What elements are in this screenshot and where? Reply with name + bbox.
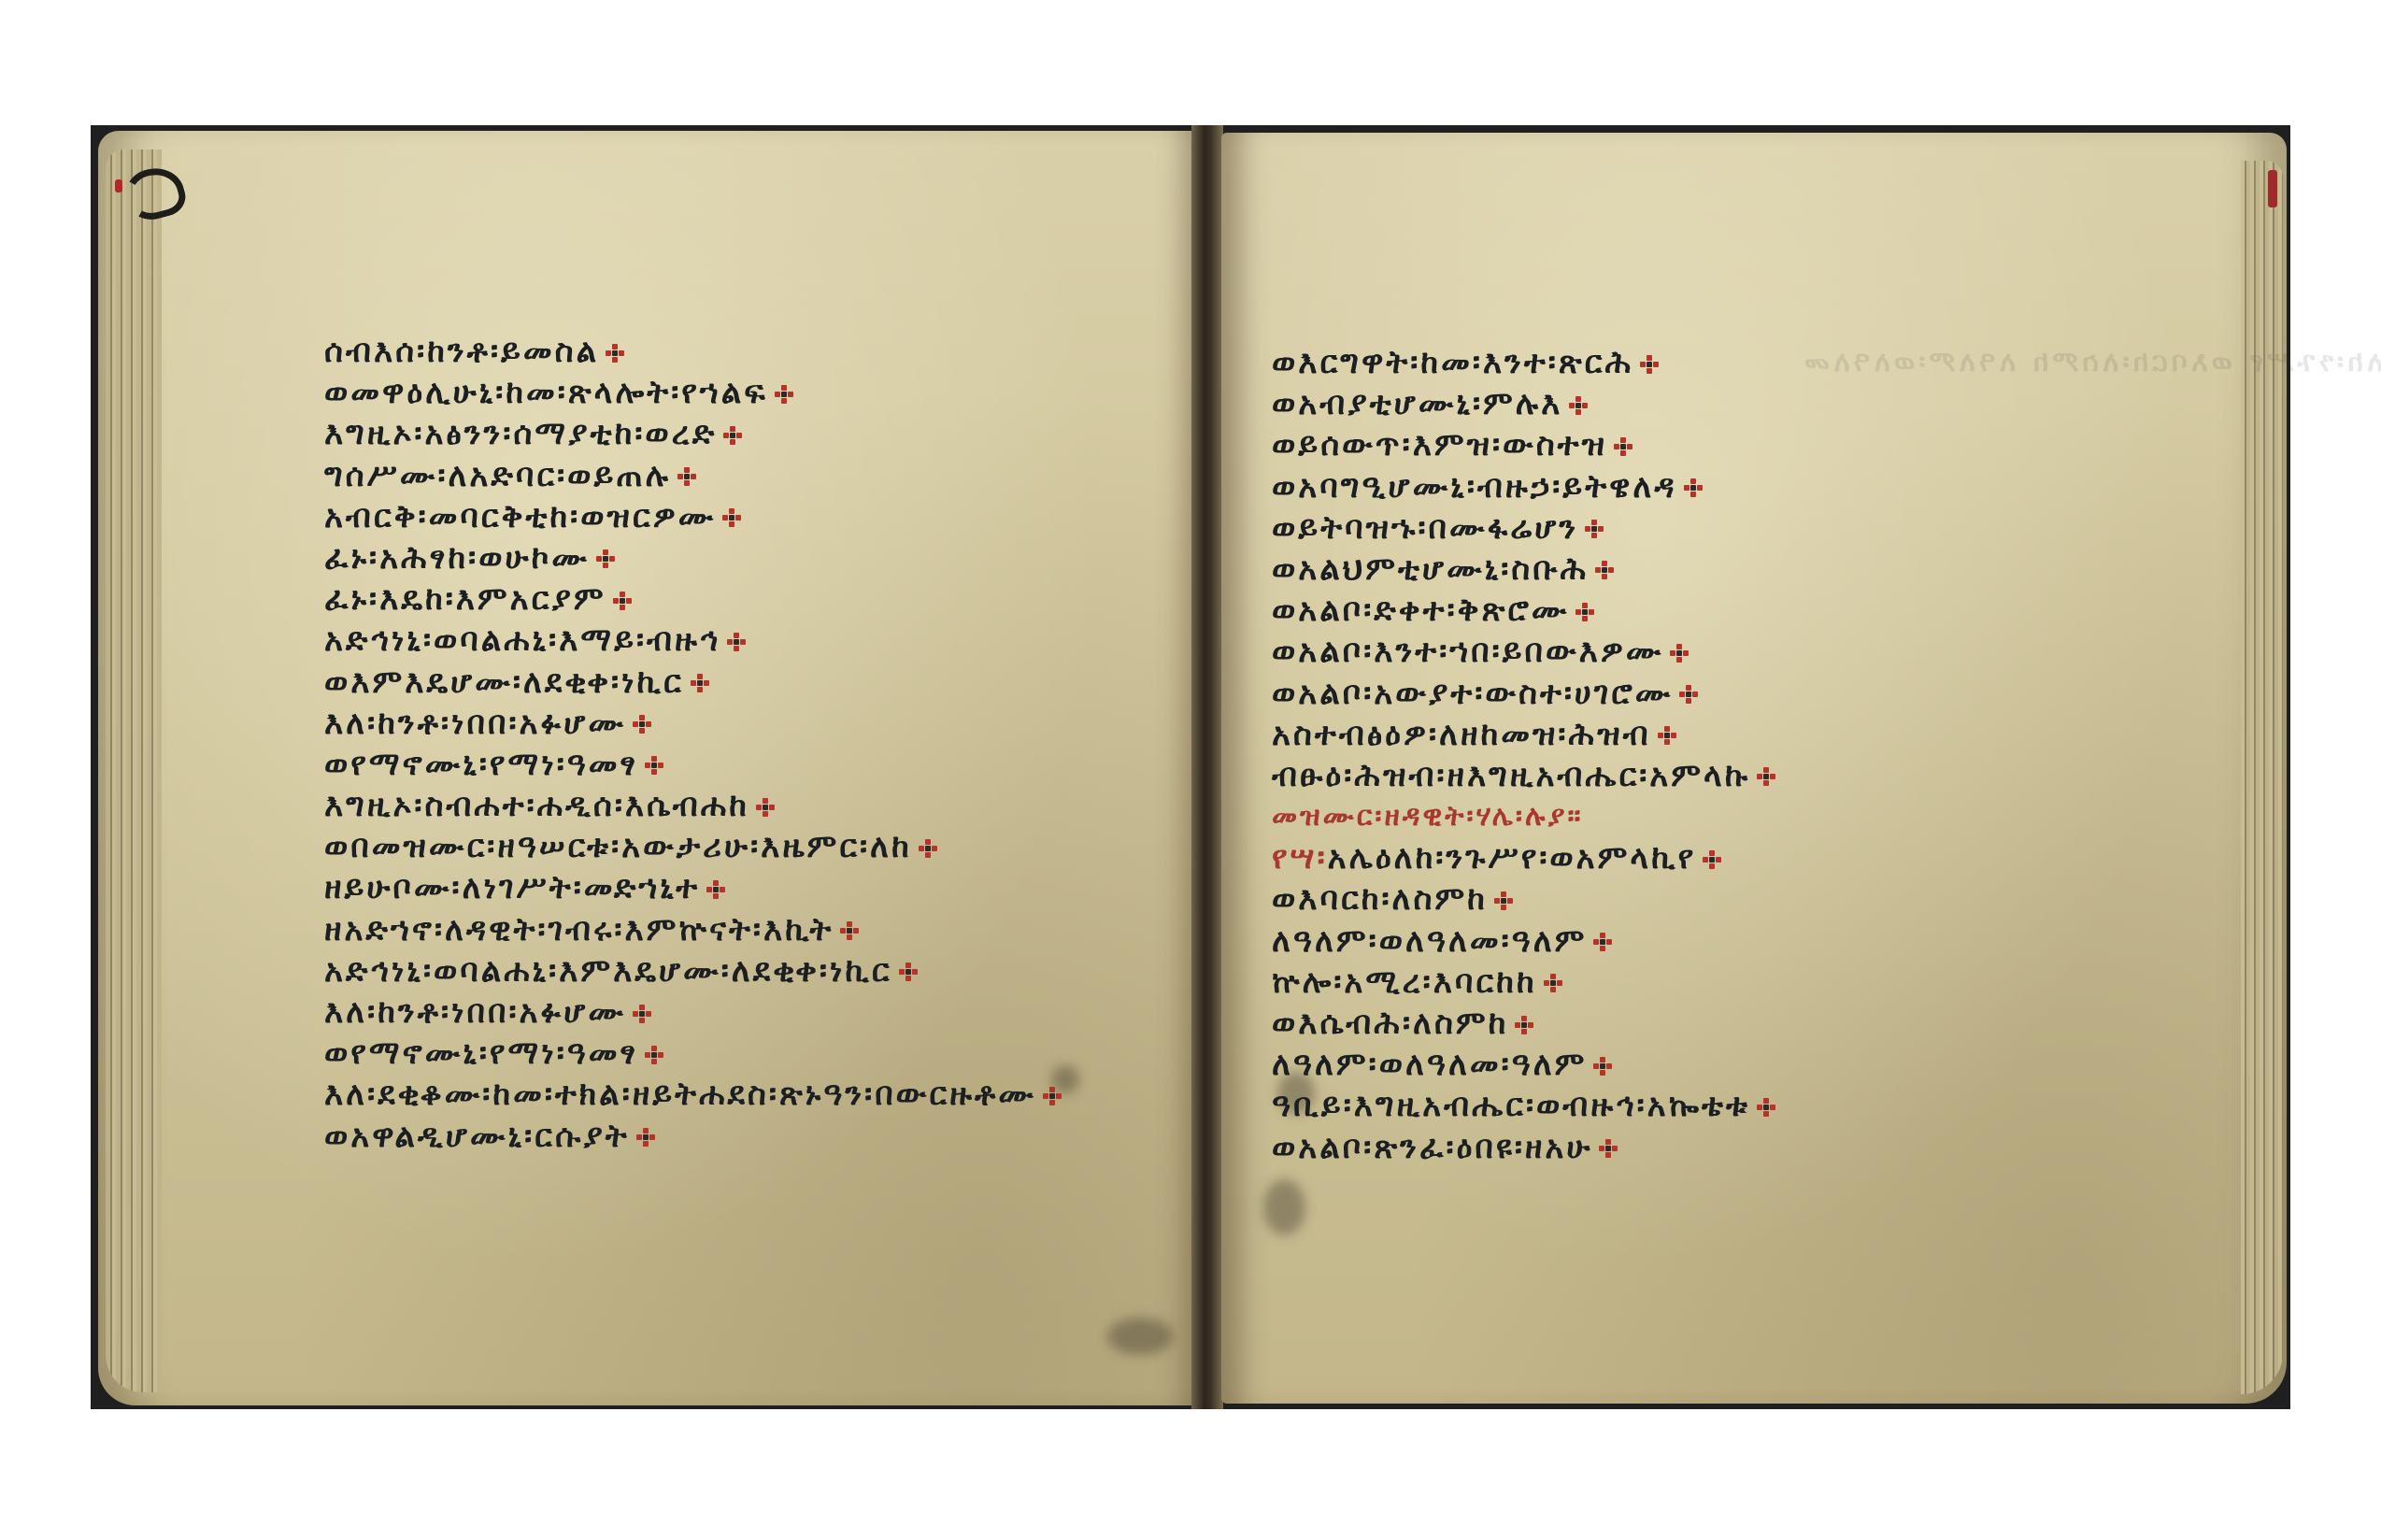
verse-line: እለ፡ደቂቆሙ፡ከመ፡ተክል፡ዘይትሐደስ፡ጽኑዓን፡በውርዙቶሙ (324, 1074, 1062, 1115)
verse-line: ወአልቦ፡ጽንፈ፡ዕበዩ፡ዘአሁ (1272, 1127, 1776, 1168)
verse-line: ወአልቦ፡አውያተ፡ውስተ፡ሀገሮሙ (1272, 673, 1776, 714)
verse-line: እግዚኦ፡ስብሐተ፡ሐዲሰ፡እሴብሐከ (324, 785, 1062, 826)
ink-stain (1107, 1318, 1173, 1355)
show-through-text: ወእሰ፡አሌዕለከ፡ንጉሥየ ወእባርከ፡ለስምከ ለዓለም፡ወለዓለመ (1801, 342, 2381, 383)
verse-marker-icon (1584, 519, 1604, 539)
verse-marker-icon (605, 343, 625, 364)
verse-marker-icon (1657, 725, 1677, 746)
verse-text: ወየማኖሙኒ፡የማነ፡ዓመፃ (324, 746, 638, 783)
verse-text: ወአብያቲሆሙኒ፡ምሉእ (1272, 385, 1562, 422)
verse-line: አድኅነኒ፡ወባልሐኒ፡እማይ፡ብዙኅ (324, 620, 1062, 661)
manuscript-photo: 135 ወእሰ፡አሌዕለከ፡ንጉሥየ ወእባርከ፡ለስምከ ለዓለም፡ወለዓለመ… (91, 125, 2290, 1409)
verse-line: ወእባርከ፡ለስምከ (1272, 878, 1776, 920)
verse-text: ፈኑ፡እዴከ፡እምአርያም (324, 580, 606, 618)
verse-text: እለ፡ከንቶ፡ነበበ፡አፉሆሙ (324, 993, 626, 1031)
verse-line: ብፁዕ፡ሕዝብ፡ዘእግዚአብሔር፡አምላኩ (1272, 755, 1776, 796)
verse-line: እለ፡ከንቶ፡ነበበ፡አፉሆሙ (324, 703, 1062, 744)
verse-marker-icon (1594, 560, 1615, 580)
verse-line: ወአልቦ፡ድቀተ፡ቅጽሮሙ (1272, 590, 1776, 631)
verse-marker-icon (1702, 849, 1722, 870)
verse-text: ግሰሥሙ፡ለአድባር፡ወይጠሉ (324, 457, 671, 494)
corner-red-mark (115, 179, 122, 192)
verse-line: ሰብእሰ፡ከንቶ፡ይመስል (324, 331, 1062, 372)
verse-line: ወየማኖሙኒ፡የማነ፡ዓመፃ (324, 744, 1062, 785)
verse-text: እግዚኦ፡ስብሐተ፡ሐዲሰ፡እሴብሐከ (324, 787, 749, 824)
verse-marker-icon (1678, 684, 1699, 705)
verse-marker-icon (644, 755, 664, 776)
ink-stain (1263, 1179, 1305, 1235)
verse-text: እለ፡ደቂቆሙ፡ከመ፡ተክል፡ዘይትሐደስ፡ጽኑዓን፡በውርዙቶሙ (324, 1076, 1036, 1113)
verse-marker-icon (1756, 766, 1776, 787)
verse-marker-icon (635, 1127, 656, 1148)
verse-line: ግሰሥሙ፡ለአድባር፡ወይጠሉ (324, 455, 1062, 496)
verse-line: ወይሰውጥ፡እምዝ፡ውስተዝ (1272, 424, 1776, 465)
verse-marker-icon (1592, 932, 1613, 952)
verse-line: ዓቢይ፡እግዚአብሔር፡ወብዙኅ፡አኰቴቱ (1272, 1085, 1776, 1126)
verse-line: ኵሎ፡አሚረ፡እባርከከ (1272, 962, 1776, 1003)
verse-line: ለዓለም፡ወለዓለመ፡ዓለም (1272, 920, 1776, 962)
verse-text: ወአልቦ፡እንተ፡ኀበ፡ይበውእዎሙ (1272, 633, 1663, 670)
verse-text: ሰብእሰ፡ከንቶ፡ይመስል (324, 333, 599, 370)
verse-marker-icon (1613, 436, 1633, 457)
verse-text: ለዓለም፡ወለዓለመ፡ዓለም (1272, 922, 1587, 960)
verse-marker-icon (755, 797, 776, 818)
verse-line: ወይትባዝኁ፡በሙፋሬሆን (1272, 507, 1776, 549)
verse-text: ወአባግዒሆሙኒ፡ብዙኃ፡ይትዌለዳ (1272, 468, 1677, 506)
verse-text: አስተብፅዕዎ፡ለዘከመዝ፡ሕዝብ (1272, 716, 1651, 753)
book-gutter (1191, 125, 1223, 1409)
verse-text: ወእምእዴሆሙ፡ለደቂቀ፡ነኪር (324, 663, 684, 701)
verse-marker-icon (1683, 478, 1704, 498)
verse-text: አብርቅ፡መባርቅቲከ፡ወዝርዎሙ (324, 498, 716, 535)
verse-marker-icon (1042, 1086, 1062, 1106)
verse-marker-icon (774, 384, 794, 405)
verse-line: እግዚኦ፡አፅንን፡ሰማያቲከ፡ወረድ (324, 413, 1062, 454)
verse-marker-icon (677, 466, 697, 487)
verse-text: ወይሰውጥ፡እምዝ፡ውስተዝ (1272, 426, 1607, 463)
verse-marker-icon (1543, 973, 1563, 993)
verse-marker-icon (726, 632, 747, 652)
verse-marker-icon (1639, 354, 1660, 375)
left-page-text: ሰብእሰ፡ከንቶ፡ይመስልወመዋዕሊሁኒ፡ከመ፡ጽላሎት፡የኀልፍእግዚኦ፡አፅ… (324, 331, 1062, 1157)
verse-line: የሣ፡አሌዕለከ፡ንጉሥየ፡ወአምላኪየ (1272, 837, 1776, 878)
verse-text: ወእሴብሕ፡ለስምከ (1272, 1005, 1508, 1042)
verse-line: ወአልህምቲሆሙኒ፡ስቡሕ (1272, 549, 1776, 590)
verse-text: ወበመዝሙር፡ዘዓሠርቱ፡አውታሪሁ፡እዜምር፡ለከ (324, 828, 912, 865)
verse-line: ወአልቦ፡እንተ፡ኀበ፡ይበውእዎሙ (1272, 631, 1776, 672)
verse-text: ወየማኖሙኒ፡የማነ፡ዓመፃ (324, 1034, 638, 1072)
left-page-edges (106, 150, 162, 1392)
verse-text: ፈኑ፡አሕፃከ፡ወሁኮሙ (324, 539, 590, 577)
verse-line: ወአባግዒሆሙኒ፡ብዙኃ፡ይትዌለዳ (1272, 466, 1776, 507)
verse-marker-icon (1592, 1056, 1613, 1077)
verse-line: ወእምእዴሆሙ፡ለደቂቀ፡ነኪር (324, 662, 1062, 703)
verse-line: ወእሴብሕ፡ለስምከ (1272, 1003, 1776, 1044)
verse-marker-icon (1756, 1097, 1776, 1118)
verse-text: አሌዕለከ፡ንጉሥየ፡ወአምላኪየ (1328, 839, 1697, 877)
right-page-text: ወእርግዋት፡ከመ፡እንተ፡ጽርሕወአብያቲሆሙኒ፡ምሉእወይሰውጥ፡እምዝ፡ው… (1272, 342, 1776, 1168)
verse-line: ወመዋዕሊሁኒ፡ከመ፡ጽላሎት፡የኀልፍ (324, 372, 1062, 413)
verse-line: አስተብፅዕዎ፡ለዘከመዝ፡ሕዝብ (1272, 714, 1776, 755)
verse-marker-icon (595, 549, 616, 569)
verse-line: ፈኑ፡አሕፃከ፡ወሁኮሙ (324, 537, 1062, 578)
verse-marker-icon (722, 425, 743, 446)
verse-text: እግዚኦ፡አፅንን፡ሰማያቲከ፡ወረድ (324, 415, 717, 452)
verse-line: እለ፡ከንቶ፡ነበበ፡አፉሆሙ (324, 991, 1062, 1033)
verse-marker-icon (690, 673, 710, 693)
verse-marker-icon (1514, 1015, 1534, 1035)
verse-line: ወየማኖሙኒ፡የማነ፡ዓመፃ (324, 1033, 1062, 1074)
verse-line: ወእርግዋት፡ከመ፡እንተ፡ጽርሕ (1272, 342, 1776, 383)
verse-line: ወአብያቲሆሙኒ፡ምሉእ (1272, 383, 1776, 424)
verse-text: ወአልቦ፡ጽንፈ፡ዕበዩ፡ዘአሁ (1272, 1129, 1592, 1166)
verse-text: ወመዋዕሊሁኒ፡ከመ፡ጽላሎት፡የኀልፍ (324, 374, 768, 411)
verse-marker-icon (1669, 643, 1690, 663)
verse-line: ወበመዝሙር፡ዘዓሠርቱ፡አውታሪሁ፡እዜምር፡ለከ (324, 826, 1062, 867)
verse-marker-icon (632, 1004, 652, 1024)
verse-text: ወአልቦ፡አውያተ፡ውስተ፡ሀገሮሙ (1272, 675, 1673, 712)
verse-line: ዘአድኀኖ፡ለዳዊት፡ገብሩ፡እምኵናት፡እኪት (324, 909, 1062, 950)
verse-marker-icon (612, 591, 633, 611)
verse-marker-icon (632, 714, 652, 734)
verse-text: ለዓለም፡ወለዓለመ፡ዓለም (1272, 1046, 1587, 1083)
verse-text: አድኅነኒ፡ወባልሐኒ፡እምእዴሆሙ፡ለደቂቀ፡ነኪር (324, 952, 892, 990)
verse-marker-icon (644, 1045, 664, 1065)
verse-text: ዓቢይ፡እግዚአብሔር፡ወብዙኅ፡አኰቴቱ (1272, 1087, 1750, 1124)
verse-marker-icon (918, 838, 938, 859)
verse-text: ወእርግዋት፡ከመ፡እንተ፡ጽርሕ (1272, 344, 1633, 381)
verse-marker-icon (721, 507, 742, 528)
verse-text: ወአልቦ፡ድቀተ፡ቅጽሮሙ (1272, 592, 1569, 629)
verse-marker-icon (898, 962, 919, 982)
verse-marker-icon (1575, 602, 1595, 622)
verse-text: ወእባርከ፡ለስምከ (1272, 880, 1488, 918)
edge-red-mark (2268, 170, 2277, 207)
verse-line: ለዓለም፡ወለዓለመ፡ዓለም (1272, 1044, 1776, 1085)
verse-text: እለ፡ከንቶ፡ነበበ፡አፉሆሙ (324, 705, 626, 742)
verse-text: ብፁዕ፡ሕዝብ፡ዘእግዚአብሔር፡አምላኩ (1272, 757, 1750, 794)
verse-line: ወአዋልዲሆሙኒ፡ርሱያት (324, 1116, 1062, 1157)
verse-marker-icon (706, 879, 726, 900)
verse-marker-icon (1493, 891, 1514, 911)
verse-marker-icon (1568, 395, 1589, 416)
rubric-text: መዝሙር፡ዘዳዊት፡ሃሌ፡ሉያ። (1272, 800, 1584, 833)
verse-marker-icon (1598, 1138, 1618, 1159)
verse-line: አብርቅ፡መባርቅቲከ፡ወዝርዎሙ (324, 496, 1062, 537)
verse-line: ዘይሁቦሙ፡ለነገሥት፡መድኀኒተ (324, 867, 1062, 908)
verse-line: ፈኑ፡እዴከ፡እምአርያም (324, 578, 1062, 620)
verse-line: አድኅነኒ፡ወባልሐኒ፡እምእዴሆሙ፡ለደቂቀ፡ነኪር (324, 950, 1062, 991)
verse-text: ወይትባዝኁ፡በሙፋሬሆን (1272, 509, 1578, 547)
rubric-prefix: የሣ፡ (1272, 839, 1328, 877)
verse-text: ወአዋልዲሆሙኒ፡ርሱያት (324, 1118, 630, 1155)
rubric-heading: መዝሙር፡ዘዳዊት፡ሃሌ፡ሉያ። (1272, 796, 1776, 837)
verse-text: ዘይሁቦሙ፡ለነገሥት፡መድኀኒተ (324, 869, 700, 906)
verse-marker-icon (839, 920, 860, 941)
verse-text: አድኅነኒ፡ወባልሐኒ፡እማይ፡ብዙኅ (324, 621, 720, 659)
verse-text: ኵሎ፡አሚረ፡እባርከከ (1272, 963, 1537, 1001)
verse-text: ዘአድኀኖ፡ለዳዊት፡ገብሩ፡እምኵናት፡እኪት (324, 911, 834, 948)
verse-text: ወአልህምቲሆሙኒ፡ስቡሕ (1272, 550, 1589, 588)
